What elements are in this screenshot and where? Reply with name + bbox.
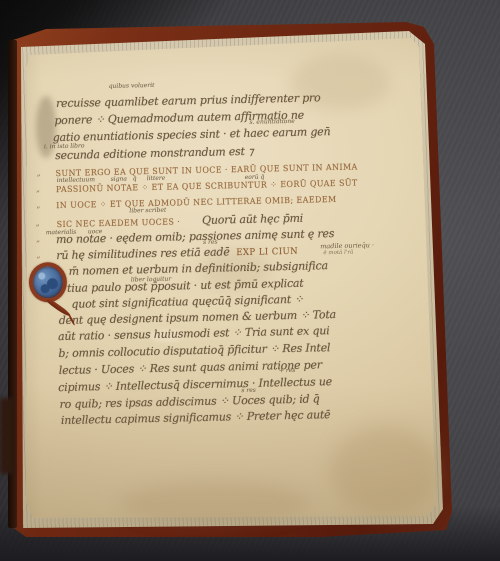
interlinear-gloss: liber scribet (129, 208, 166, 215)
manuscript-line-capitals: PASSIONŪ NOTAE ⁘ ET EA QUE SCRIBUNTUR ⁘ … (56, 177, 358, 195)
manuscript-line: gatio enuntiationis species sint · et ha… (53, 126, 331, 143)
interlinear-gloss: quibus voluerit (109, 83, 155, 90)
manuscript-line-capitals: IN UOCE ⁘ ET QUE ADMODŪ NEC LITTERAE OMI… (56, 194, 337, 211)
interlinear-gloss: s. enuntiatione (249, 119, 294, 126)
manuscript-line: recuisse quamlibet earum prius indiffere… (56, 92, 321, 109)
diple-mark: „ (36, 251, 40, 259)
interlinear-gloss: i. in isto libro (44, 143, 85, 150)
margin-note-sub: ē motā l'rā (323, 249, 374, 257)
diple-mark: „ (36, 235, 40, 243)
manuscript-line: cipimus ⁘ Intellectusq̄ discernimus · In… (58, 376, 332, 393)
manuscript-line: tiua paulo post p̄posuit · ut est p̄mū e… (67, 278, 304, 294)
interlinear-gloss: + res (279, 368, 296, 374)
manuscript-line-capitals: SUNT ERGO EA QUE SUNT IN UOCE · EARŪ QUE… (55, 161, 357, 179)
interlinear-gloss: signa (111, 177, 127, 183)
interlinear-gloss: liber loquitur (131, 277, 171, 284)
manuscript-line: intellectu capimus significamus ⁘ Preter… (61, 409, 331, 426)
diple-mark: „ (36, 169, 40, 177)
interlinear-gloss: intellectuum (57, 177, 95, 184)
diple-mark: „ (36, 201, 40, 209)
manuscript-line: quot sint significatiua quęcūq̄ signific… (71, 294, 303, 310)
interlinear-gloss: q̄ (133, 176, 137, 182)
margin-note: madile ourieq̄u · ē motā l'rā (320, 242, 374, 257)
manuscript-photo-scene: quibus voluerit recuisse quamlibet earum… (0, 0, 500, 561)
text-block: quibus voluerit recuisse quamlibet earum… (0, 0, 500, 561)
interlinear-gloss: s̄ res (203, 240, 218, 246)
manuscript-line: b; omnis collocutio disputatioq̄ p̄ficit… (58, 342, 330, 359)
minuscule-segment: rū hę similitudines res etiā eadē (56, 245, 230, 262)
diple-mark: „ (36, 185, 40, 193)
interlinear-gloss: uoce (88, 229, 103, 235)
interlinear-gloss: s̄ res (241, 388, 256, 394)
explicit-rubric: EXP LI CIUN (237, 247, 299, 259)
minuscule-segment: Quorū aūt hęc p̄mi (202, 212, 303, 227)
interlinear-gloss: eorū q̄ (245, 175, 265, 181)
manuscript-line: aūt ratio · sensus huiusmodi est ⁘ Tria … (58, 325, 330, 342)
manuscript-line: m̄ nomen et uerbum in definitionib; subs… (69, 260, 328, 277)
manuscript-line: ro quib; res ipsas addiscimus ⁘ Uoces qu… (59, 393, 319, 410)
interlinear-gloss: materialis (46, 230, 77, 237)
interlinear-gloss: littere (147, 176, 166, 182)
diple-mark: „ (36, 219, 40, 227)
manuscript-line: dent quę designent ipsum nomen & uerbum … (59, 309, 336, 326)
